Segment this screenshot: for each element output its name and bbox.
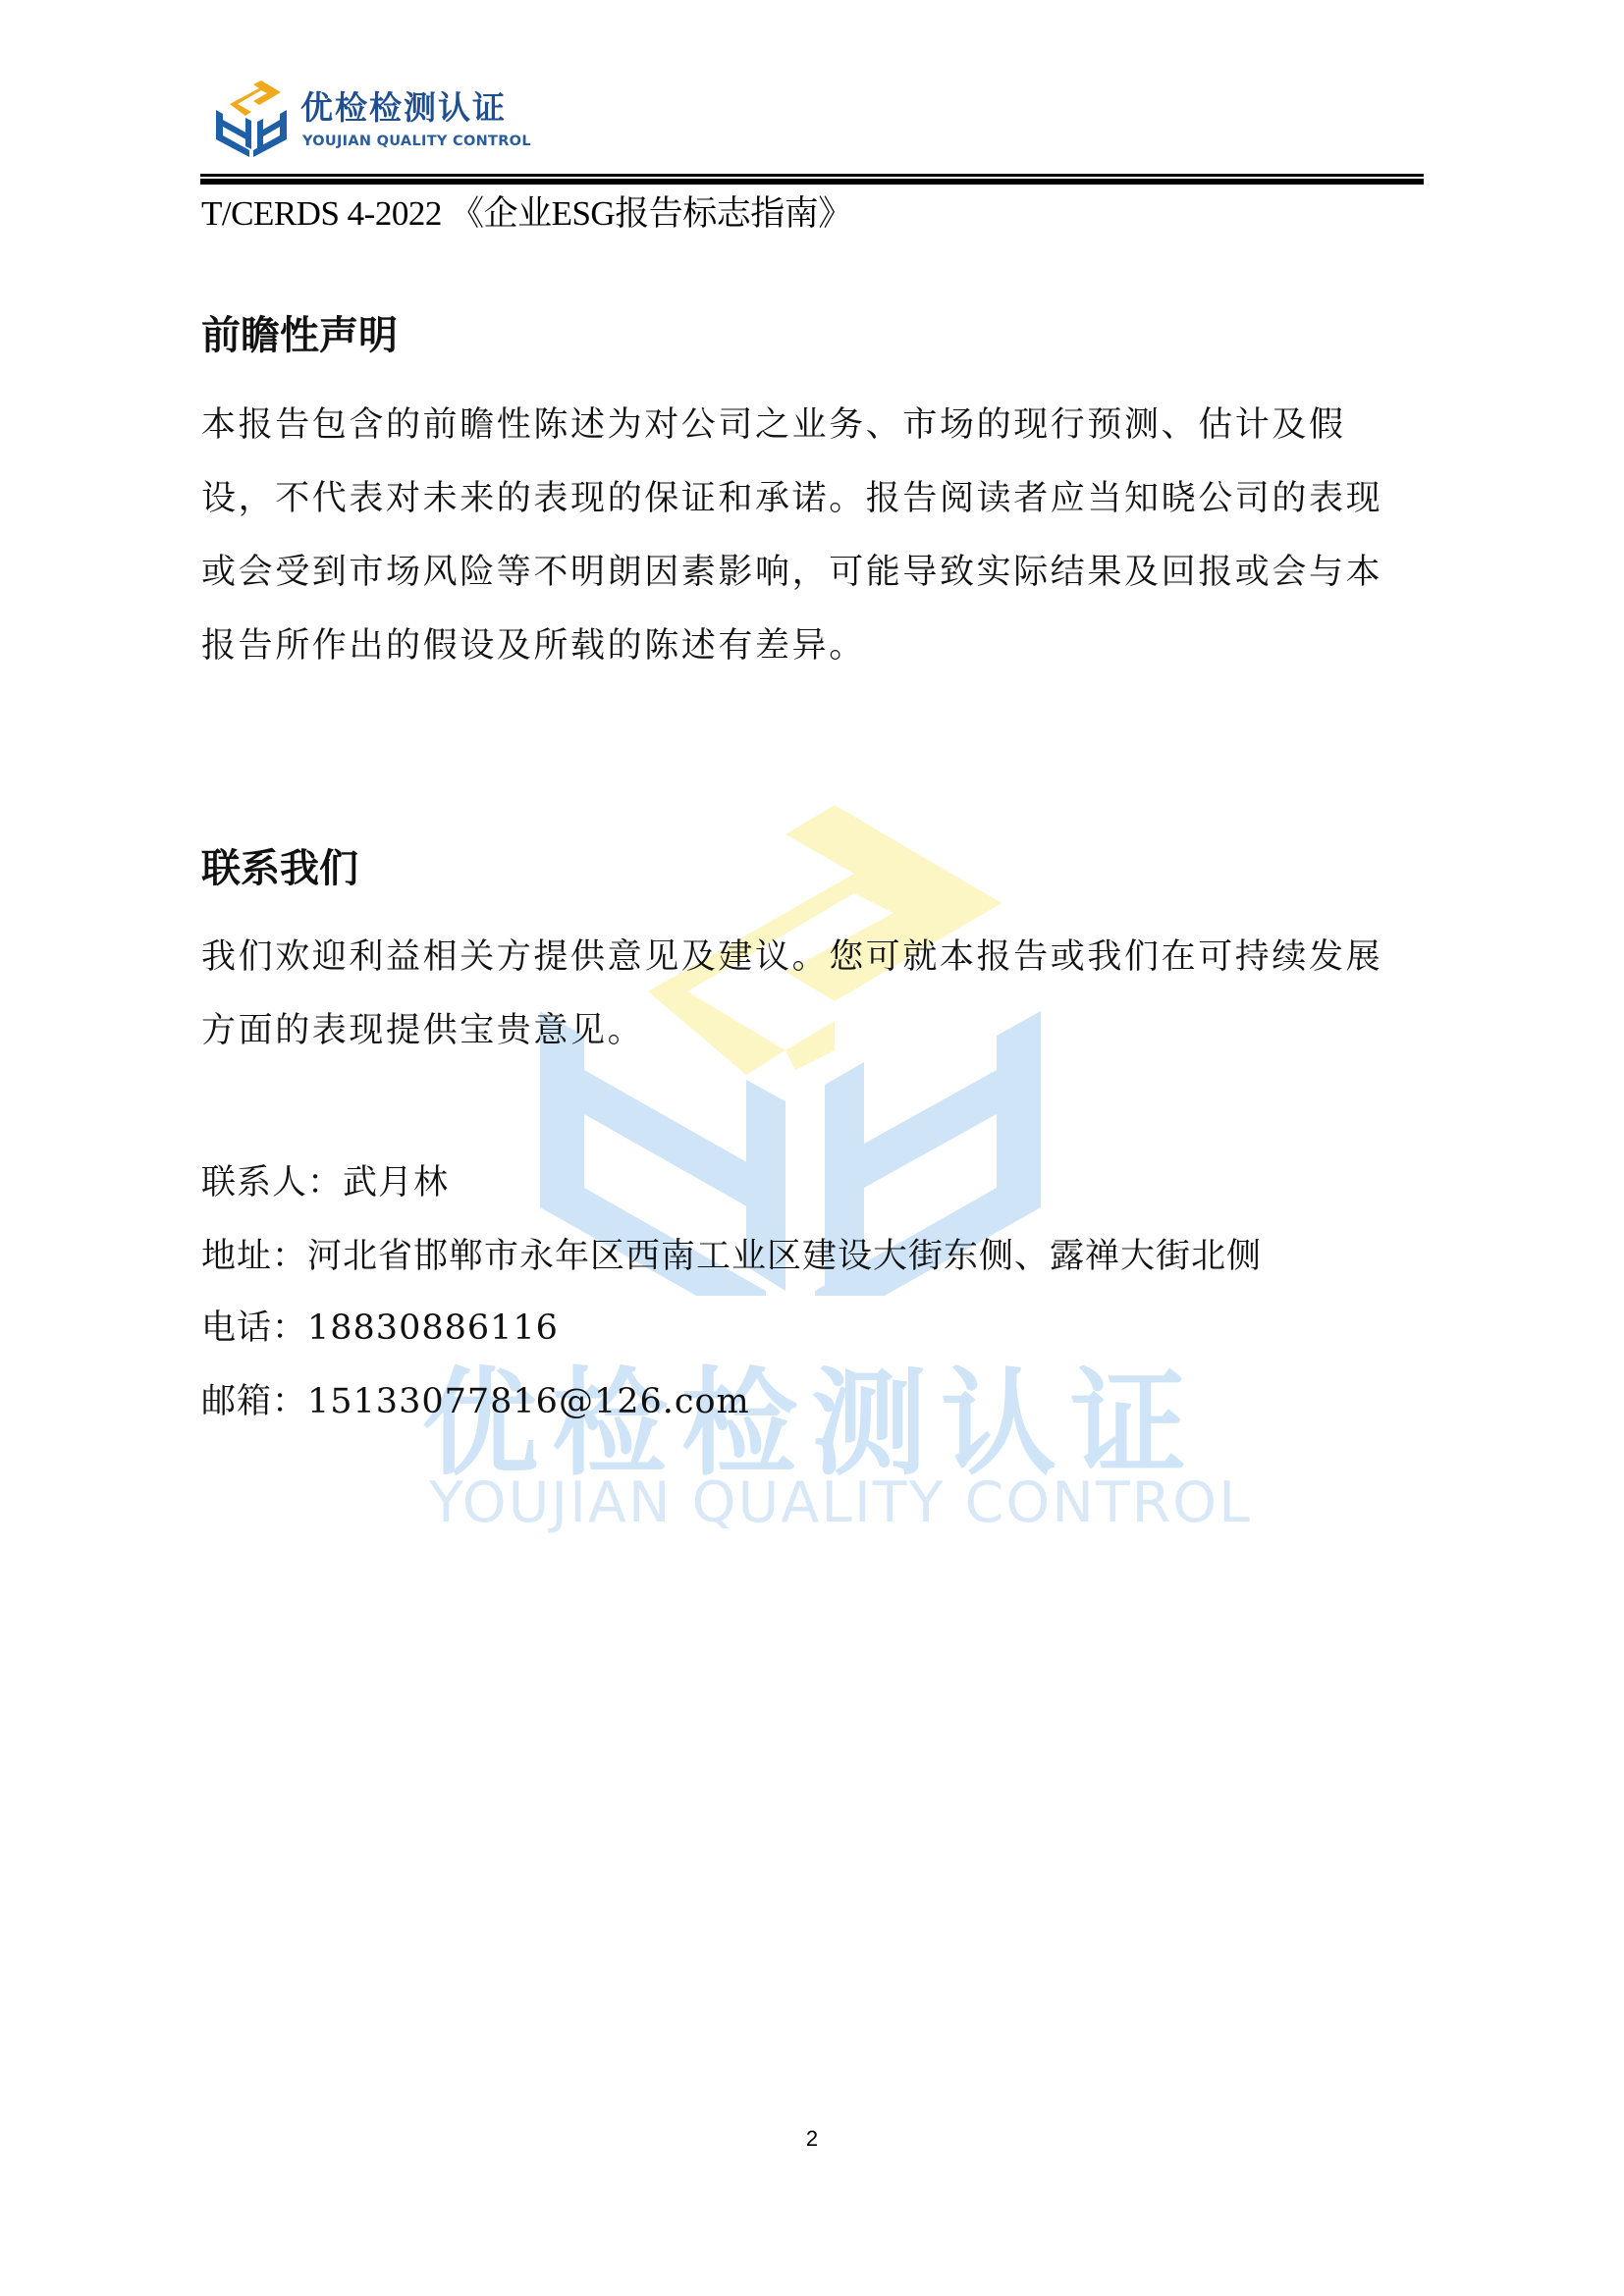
paragraph-line: 我们欢迎利益相关方提供意见及建议。您可就本报告或我们在可持续发展 [201, 937, 1382, 977]
watermark-name-en: YOUJIAN QUALITY CONTROL [429, 1470, 1252, 1535]
paragraph-line: 方面的表现提供宝贵意见。 [201, 1011, 644, 1050]
header-rule-thick [200, 179, 1424, 185]
contact-phone: 电话：18830886116 [201, 1308, 559, 1348]
logo-name-cn: 优检检测认证 [300, 82, 507, 129]
section-heading-contact-us: 联系我们 [201, 837, 358, 893]
standard-title: T/CERDS 4-2022 《企业ESG报告标志指南》 [201, 187, 852, 236]
page-number: 2 [0, 2126, 1624, 2152]
paragraph-line: 报告所作出的假设及所载的陈述有差异。 [201, 626, 866, 666]
contact-address: 地址：河北省邯郸市永年区西南工业区建设大街东侧、露禅大街北侧 [201, 1237, 1262, 1276]
section-heading-forward-looking: 前瞻性声明 [201, 304, 398, 360]
logo-cube-icon [216, 79, 287, 163]
logo-name-en: YOUJIAN QUALITY CONTROL [302, 133, 531, 149]
company-logo: 优检检测认证 YOUJIAN QUALITY CONTROL [216, 79, 569, 167]
document-page: 优检检测认证 YOUJIAN QUALITY CONTROL 优检检测认证 YO… [0, 0, 1624, 2296]
contact-person: 联系人：武月林 [201, 1163, 449, 1202]
contact-email: 邮箱：15133077816@126.com [201, 1382, 750, 1421]
paragraph-line: 设，不代表对未来的表现的保证和承诺。报告阅读者应当知晓公司的表现 [201, 479, 1382, 518]
paragraph-line: 或会受到市场风险等不明朗因素影响，可能导致实际结果及回报或会与本 [201, 553, 1382, 592]
paragraph-line: 本报告包含的前瞻性陈述为对公司之业务、市场的现行预测、估计及假 [201, 405, 1346, 445]
header-rule-thin [200, 174, 1424, 177]
